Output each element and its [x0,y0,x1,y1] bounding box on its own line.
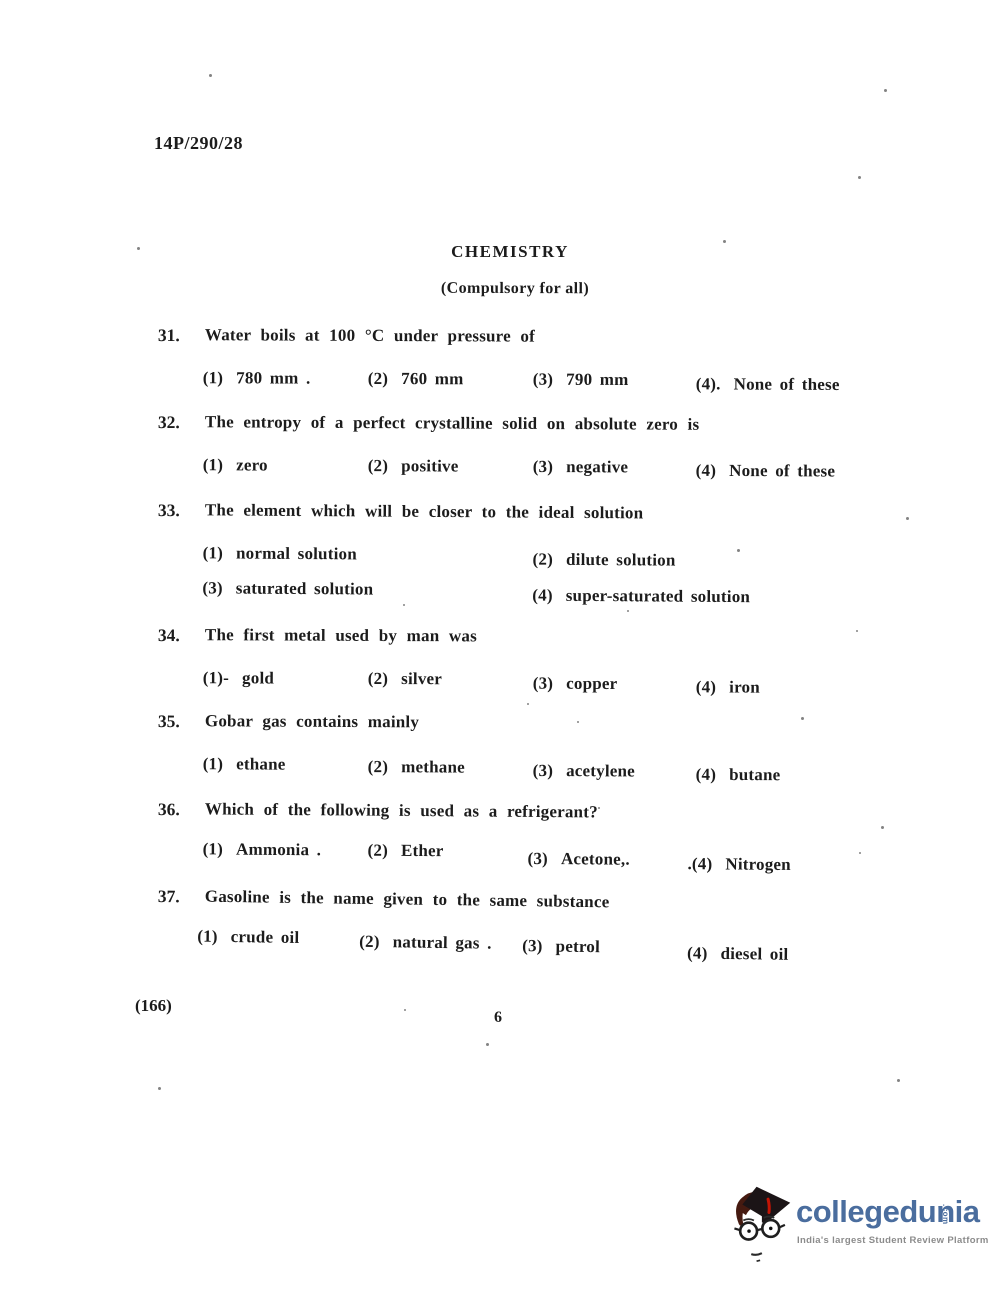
option-2: (2)natural gas . [359,932,492,954]
series-code: (166) [135,996,172,1016]
option-2: (2)Ether [368,841,444,862]
option-2: (2)760 mm [368,369,464,389]
option-label: (1) [197,927,218,946]
option-label: (4) [687,943,708,962]
option-4: (4)iron [696,677,760,697]
option-label: (3) [533,674,554,693]
question-36: 36. Which of the following is used as a … [158,799,938,825]
scan-speck [158,1087,161,1090]
scan-speck [209,74,212,77]
option-3: (3)saturated solution [202,578,373,599]
option-label: (4) [696,461,717,480]
subject-title: CHEMISTRY [451,242,569,262]
option-text: dilute solution [566,550,676,570]
option-text: butane [729,765,780,784]
option-text: None of these [729,461,835,481]
option-3: (3)acetylene [533,761,635,782]
option-1: (1)normal solution [203,543,357,564]
question-text: The first metal used by man was [205,625,938,648]
option-1: (1)Ammonia . [203,839,322,860]
option-label: (2) [359,932,380,951]
scan-speck [403,604,405,606]
option-4: (4)butane [696,765,781,785]
option-label: (4) [696,677,717,696]
question-31: 31. Water boils at 100 °C under pressure… [158,325,938,348]
option-2: (2)dilute solution [533,550,676,571]
option-1: (1)780 mm . [203,368,311,388]
question-35: 35. Gobar gas contains mainly (1)ethane … [158,711,938,735]
option-2: (2)silver [368,669,442,689]
collegedunia-wordmark: collegedunia [796,1194,979,1230]
scan-speck [486,1043,489,1046]
option-text: natural gas . [393,932,492,952]
question-number: 34. [158,625,180,646]
option-text: Ammonia . [236,840,321,860]
option-4: (4)diesel oil [687,943,789,964]
option-text: acetylene [566,761,635,780]
option-3: (3)790 mm [533,370,629,390]
option-text: diesel oil [720,944,788,964]
option-label: (3) [522,936,543,955]
option-text: Ether [401,841,444,860]
option-label: (1) [203,368,224,387]
option-label: (1) [203,754,224,773]
option-1: (1)-gold [203,668,274,688]
option-text: iron [729,677,760,696]
question-text: Which of the following is used as a refr… [205,799,938,825]
paper-code: 14P/290/28 [154,133,243,154]
option-text: None of these [734,375,840,394]
question-number: 35. [158,711,180,732]
question-33: 33. The element which will be closer to … [158,500,938,525]
scan-speck [527,703,529,705]
option-text: normal solution [236,544,357,564]
question-text: Water boils at 100 °C under pressure of [205,325,938,348]
scan-speck [858,176,861,179]
question-34: 34. The first metal used by man was (1)-… [158,625,938,648]
option-2: (2)positive [368,456,459,476]
scan-speck [801,717,804,720]
collegedunia-mascot-icon [730,1184,792,1264]
option-label: (2) [368,757,389,776]
subject-subtitle: (Compulsory for all) [441,280,589,299]
option-text: 780 mm . [236,368,310,387]
scan-speck [737,549,740,552]
option-text: crude oil [231,927,300,947]
option-text: copper [566,674,617,693]
option-label: (4) [696,765,717,784]
option-label: (2) [368,456,389,475]
option-text: 790 mm [566,370,628,389]
option-text: saturated solution [236,579,374,599]
scan-speck [404,1009,406,1011]
scan-speck [856,630,858,632]
question-32: 32. The entropy of a perfect crystalline… [158,412,938,436]
option-text: zero [236,455,268,474]
option-4: (4)super-saturated solution [532,586,750,608]
option-text: gold [242,668,274,687]
option-label: .(4) [687,854,712,873]
page-number: 6 [494,1009,502,1027]
collegedunia-logo: collegedunia .com India's largest Studen… [730,1182,975,1272]
option-4: .(4)Nitrogen [687,854,791,875]
scan-speck [859,852,861,854]
option-label: (3) [533,457,554,476]
option-label: (4). [696,374,721,393]
option-label: (2) [368,669,389,688]
scan-speck [627,610,629,612]
question-number: 37. [158,886,180,907]
option-1: (1)zero [203,455,268,475]
option-1: (1)crude oil [197,927,299,948]
option-text: 760 mm [401,369,463,388]
option-label: (3) [527,849,548,868]
scan-speck [897,1079,900,1082]
option-3: (3)negative [533,457,629,477]
option-label: (2) [368,369,389,388]
option-label: (2) [368,841,389,860]
option-text: methane [401,757,465,776]
option-3: (3)petrol [522,936,600,957]
option-text: Acetone,. [561,849,630,869]
option-text: super-saturated solution [566,586,750,606]
exam-page-scan: 14P/290/28 CHEMISTRY (Compulsory for all… [0,0,993,1303]
option-4: (4)None of these [696,461,836,482]
option-text: silver [401,669,442,688]
question-number: 33. [158,500,180,521]
scan-speck [884,89,887,92]
collegedunia-tagline: India's largest Student Review Platform [797,1235,989,1246]
scan-speck [881,826,884,829]
option-label: (3) [533,761,554,780]
option-label: (1) [203,455,224,474]
option-label: (3) [533,370,554,389]
option-4: (4).None of these [696,374,840,395]
scan-speck [598,807,600,809]
question-number: 36. [158,799,180,820]
option-text: negative [566,457,628,476]
option-1: (1)ethane [203,754,286,774]
option-label: (3) [202,578,223,597]
question-text: Gasoline is the name given to the same s… [205,887,938,917]
option-label: (2) [533,550,554,569]
option-text: ethane [236,754,285,773]
question-number: 32. [158,412,180,433]
option-2: (2)methane [368,757,465,778]
question-37: 37. Gasoline is the name given to the sa… [158,886,938,917]
option-text: petrol [556,937,601,957]
option-label: (4) [532,586,553,605]
question-text: The element which will be closer to the … [205,500,938,525]
option-3: (3)copper [533,674,618,694]
option-label: (1)- [203,668,229,687]
question-text: The entropy of a perfect crystalline sol… [205,412,938,436]
option-label: (1) [203,839,224,858]
scan-speck [723,240,726,243]
option-label: (1) [203,543,224,562]
option-3: (3)Acetone,. [527,849,629,870]
collegedunia-domain-suffix: .com [941,1204,950,1225]
option-text: Nitrogen [725,854,791,874]
scan-speck [577,721,579,723]
question-text: Gobar gas contains mainly [205,711,938,735]
option-text: positive [401,456,458,475]
scan-speck [137,247,140,250]
scan-speck [906,517,909,520]
question-number: 31. [158,325,180,346]
